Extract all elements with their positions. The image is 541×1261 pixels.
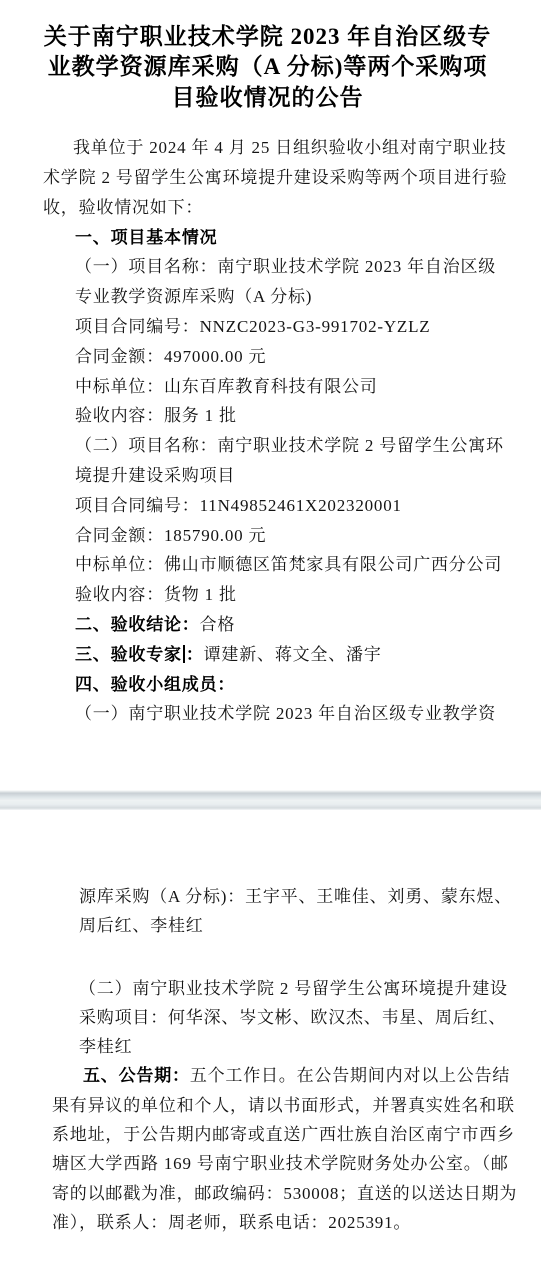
text-line: 周后红、李桂红: [79, 911, 511, 940]
section-4-heading: 四、验收小组成员：: [75, 670, 513, 700]
team-group-2: （二）南宁职业技术学院 2 号留学生公寓环境提升建设采购项目：何华深、岑文彬、欧…: [79, 974, 511, 1062]
text-line: 准），联系人：周老师，联系电话：2025391。: [52, 1208, 489, 1237]
text-line: 源库采购（A 分标)：王宇平、王唯佳、刘勇、蒙东煜、: [79, 882, 511, 911]
text-line: 目验收情况的公告: [30, 83, 505, 113]
text-line: 采购项目：何华深、岑文彬、欧汉杰、韦星、周后红、: [79, 1003, 511, 1032]
text-line: 业教学资源库采购（A 分标)等两个采购项: [30, 52, 505, 82]
conclusion-label: 二、验收结论：: [75, 615, 200, 634]
text-line: （二）项目名称：南宁职业技术学院 2 号留学生公寓环: [75, 431, 513, 461]
blank-line: [0, 941, 541, 974]
text-cursor: [183, 645, 185, 663]
page-title: 关于南宁职业技术学院 2023 年自治区级专业教学资源库采购（A 分标)等两个采…: [30, 22, 505, 113]
text-line: 术学院 2 号留学生公寓环境提升建设采购等两个项目进行验: [43, 163, 489, 193]
text-line: 验收内容：服务 1 批: [75, 401, 513, 431]
text-line: 境提升建设采购项目: [75, 461, 513, 491]
text-line: （一）项目名称：南宁职业技术学院 2023 年自治区级: [75, 252, 513, 282]
intro-paragraph: 我单位于 2024 年 4 月 25 日组织验收小组对南宁职业技术学院 2 号留…: [43, 133, 489, 222]
text-line: （二）南宁职业技术学院 2 号留学生公寓环境提升建设: [79, 974, 511, 1003]
text-line: 关于南宁职业技术学院 2023 年自治区级专: [30, 22, 505, 52]
experts-label: 三、验收专家: [75, 645, 182, 664]
notice-body-lines: 果有异议的单位和个人，请以书面形式，并署真实姓名和联系地址，于公告期内邮寄或直送…: [52, 1091, 489, 1237]
section-3-experts: 三、验收专家：谭建新、蒋文全、潘宇: [75, 640, 513, 670]
document-viewer: 关于南宁职业技术学院 2023 年自治区级专业教学资源库采购（A 分标)等两个采…: [0, 0, 541, 1261]
text-line: 专业教学资源库采购（A 分标): [75, 282, 513, 312]
text-line: 合同金额：497000.00 元: [75, 342, 513, 372]
notice-first-line: 五、公告期：五个工作日。在公告期间内对以上公告结: [52, 1061, 489, 1090]
experts-colon: ：: [186, 645, 204, 664]
notice-label: 五、公告期：: [83, 1066, 190, 1085]
section-2-conclusion: 二、验收结论：合格: [75, 610, 513, 640]
project-1-details: （一）项目名称：南宁职业技术学院 2023 年自治区级专业教学资源库采购（A 分…: [75, 252, 513, 431]
section-1-heading: 一、项目基本情况: [75, 223, 513, 253]
team-group-1-start: （一）南宁职业技术学院 2023 年自治区级专业教学资: [75, 699, 513, 729]
text-line: 塘区大学西路 169 号南宁职业技术学院财务处办公室。（邮: [52, 1149, 489, 1178]
experts-value: 谭建新、蒋文全、潘宇: [204, 645, 382, 664]
project-2-details: （二）项目名称：南宁职业技术学院 2 号留学生公寓环境提升建设采购项目项目合同编…: [75, 431, 513, 610]
text-line: 项目合同编号：NNZC2023-G3-991702-YZLZ: [75, 312, 513, 342]
text-line: 中标单位：佛山市顺德区笛梵家具有限公司广西分公司: [75, 550, 513, 580]
text-line: 项目合同编号：11N49852461X202320001: [75, 491, 513, 521]
text-line: 果有异议的单位和个人，请以书面形式，并署真实姓名和联: [52, 1091, 489, 1120]
page-2[interactable]: 源库采购（A 分标)：王宇平、王唯佳、刘勇、蒙东煜、周后红、李桂红 （二）南宁职…: [0, 810, 541, 1261]
text-line: 合同金额：185790.00 元: [75, 521, 513, 551]
text-line: 我单位于 2024 年 4 月 25 日组织验收小组对南宁职业技: [43, 133, 489, 163]
text-line: 系地址，于公告期内邮寄或直送广西壮族自治区南宁市西乡: [52, 1120, 489, 1149]
text-line: 验收内容：货物 1 批: [75, 580, 513, 610]
notice-first-line-text: 五个工作日。在公告期间内对以上公告结: [190, 1066, 510, 1085]
page-separator: [0, 790, 541, 810]
text-line: 收，验收情况如下：: [43, 193, 489, 223]
team-group-1-continued: 源库采购（A 分标)：王宇平、王唯佳、刘勇、蒙东煜、周后红、李桂红: [79, 882, 511, 941]
text-line: 寄的以邮戳为准，邮政编码：530008；直送的以送达日期为: [52, 1179, 489, 1208]
text-line: 李桂红: [79, 1032, 511, 1061]
conclusion-value: 合格: [200, 615, 236, 634]
text-line: 中标单位：山东百库教育科技有限公司: [75, 372, 513, 402]
section-5-notice: 五、公告期：五个工作日。在公告期间内对以上公告结 果有异议的单位和个人，请以书面…: [52, 1061, 489, 1237]
page-1[interactable]: 关于南宁职业技术学院 2023 年自治区级专业教学资源库采购（A 分标)等两个采…: [0, 0, 541, 790]
